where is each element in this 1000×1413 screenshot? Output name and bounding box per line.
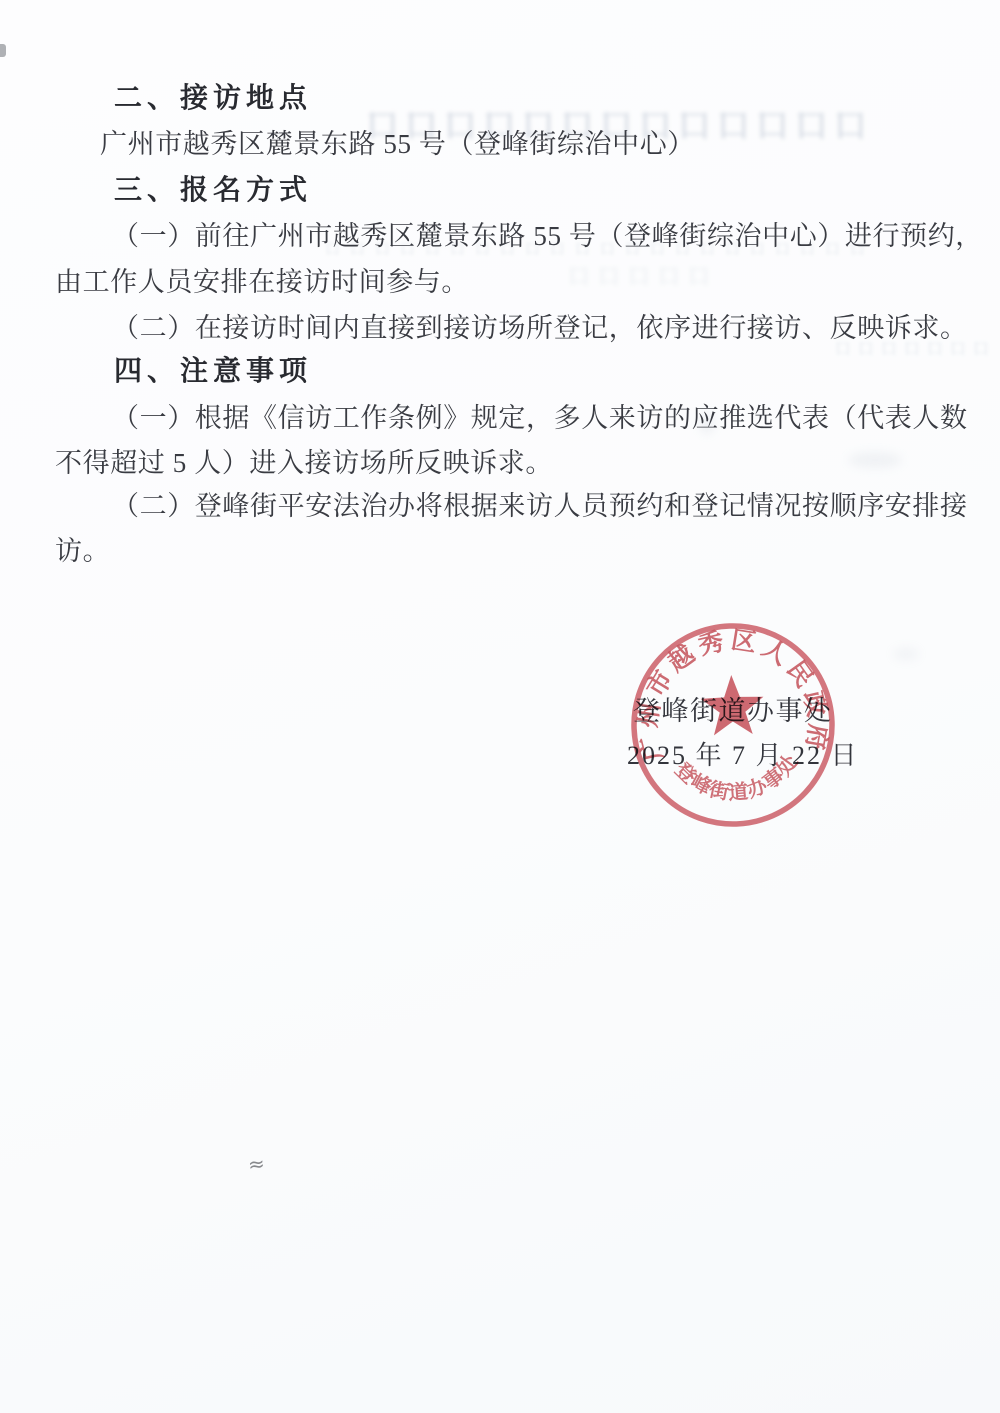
paragraph-line: 访。	[55, 529, 110, 568]
scanned-document-page: 口口口口口口口口口口口口口 口口口口口口口口口口口口口口口口口口口口口口 口口口…	[0, 0, 1000, 1413]
paragraph-line: 由工作人员安排在接访时间参与。	[55, 260, 469, 299]
pen-squiggle-artifact: ≈	[247, 1151, 264, 1176]
paragraph-line: （一）前往广州市越秀区麓景东路 55 号（登峰街综治中心）进行预约，	[112, 214, 983, 253]
seal-arc-text-bottom: 登峰街道办事处	[669, 748, 804, 806]
bleedthrough-artifact: 口口口口口	[560, 260, 710, 291]
official-seal-stamp: 广州市越秀区人民政府 登峰街道办事处	[624, 616, 841, 833]
seal-star-icon	[700, 674, 765, 736]
paragraph-line: （二）在接访时间内直接到接访场所登记，依序进行接访、反映诉求。	[112, 306, 968, 345]
paragraph-line: （二）登峰街平安法治办将根据来访人员预约和登记情况按顺序安排接	[112, 484, 968, 523]
paragraph-line: （一）根据《信访工作条例》规定，多人来访的应推选代表（代表人数	[112, 396, 968, 435]
section-heading-4: 四、注意事项	[114, 349, 312, 389]
section-heading-3: 三、报名方式	[114, 168, 312, 208]
section-heading-2: 二、接访地点	[114, 76, 312, 116]
paragraph-line: 广州市越秀区麓景东路 55 号（登峰街综治中心）	[100, 122, 695, 161]
scan-edge-speck	[0, 44, 6, 57]
scan-smudge	[893, 648, 919, 660]
svg-text:登峰街道办事处: 登峰街道办事处	[669, 748, 804, 806]
scan-smudge	[848, 452, 902, 468]
paragraph-line: 不得超过 5 人）进入接访场所反映诉求。	[55, 441, 553, 480]
